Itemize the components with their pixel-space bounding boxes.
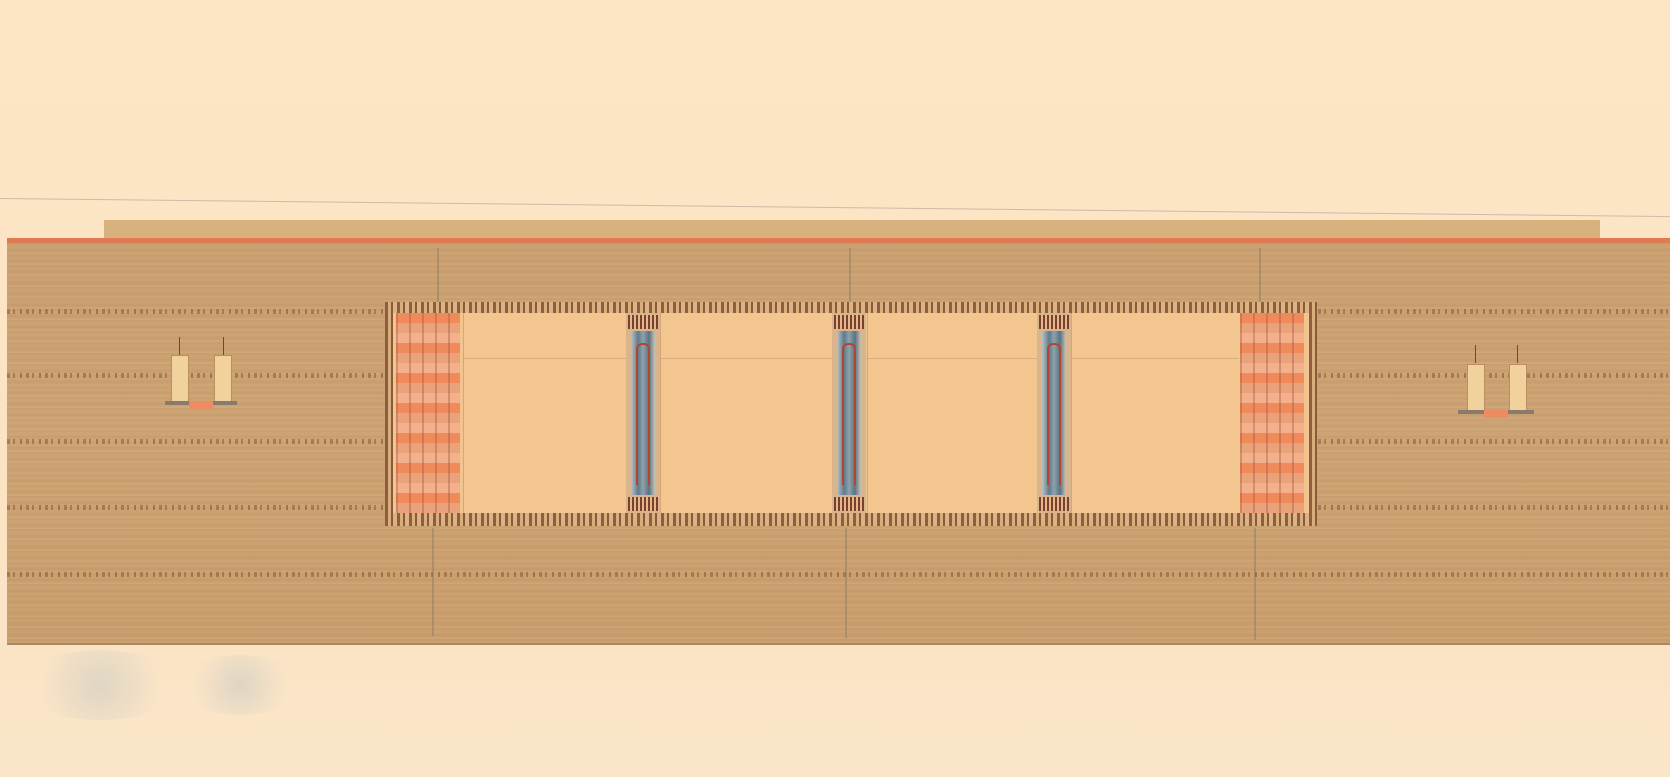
- window-pane: [1071, 313, 1241, 513]
- sconce-wire: [1517, 345, 1518, 363]
- panel-joint: [432, 528, 434, 636]
- sconce-wire: [1475, 345, 1476, 363]
- pier-ornament: [1047, 343, 1061, 485]
- paper-stain: [20, 650, 180, 720]
- window-pane: [660, 313, 833, 513]
- sconce-cup: [189, 401, 213, 409]
- pier-capital: [834, 315, 864, 329]
- pier-ornament: [842, 343, 856, 485]
- window-pane: [867, 313, 1038, 513]
- sconce-wire: [223, 337, 224, 355]
- pier-capital: [1039, 315, 1069, 329]
- panel-joint: [1254, 528, 1256, 640]
- decorated-pier: [832, 313, 866, 513]
- decorated-pier: [626, 313, 660, 513]
- decorated-pier: [1037, 313, 1071, 513]
- panel-joint: [845, 528, 847, 638]
- panel-joint: [849, 248, 851, 304]
- panel-joint: [437, 248, 439, 304]
- sconce-tube-icon: [1509, 364, 1527, 412]
- sconce-tube-icon: [214, 355, 232, 403]
- sconce-cup: [1484, 410, 1508, 418]
- pier-base: [628, 497, 658, 511]
- sconce-tube-icon: [1467, 364, 1485, 412]
- curtain-left: [396, 313, 460, 513]
- construction-guide-line: [0, 198, 1670, 217]
- window-pane: [463, 313, 627, 513]
- curtain-right: [1240, 313, 1304, 513]
- sconce-wire: [179, 337, 180, 355]
- pier-capital: [628, 315, 658, 329]
- paper-stain: [180, 655, 300, 715]
- panel-joint: [1259, 248, 1261, 304]
- pier-ornament: [636, 343, 650, 485]
- decorative-band: [7, 572, 1670, 577]
- pier-base: [1039, 497, 1069, 511]
- sconce-tube-icon: [171, 355, 189, 403]
- pier-base: [834, 497, 864, 511]
